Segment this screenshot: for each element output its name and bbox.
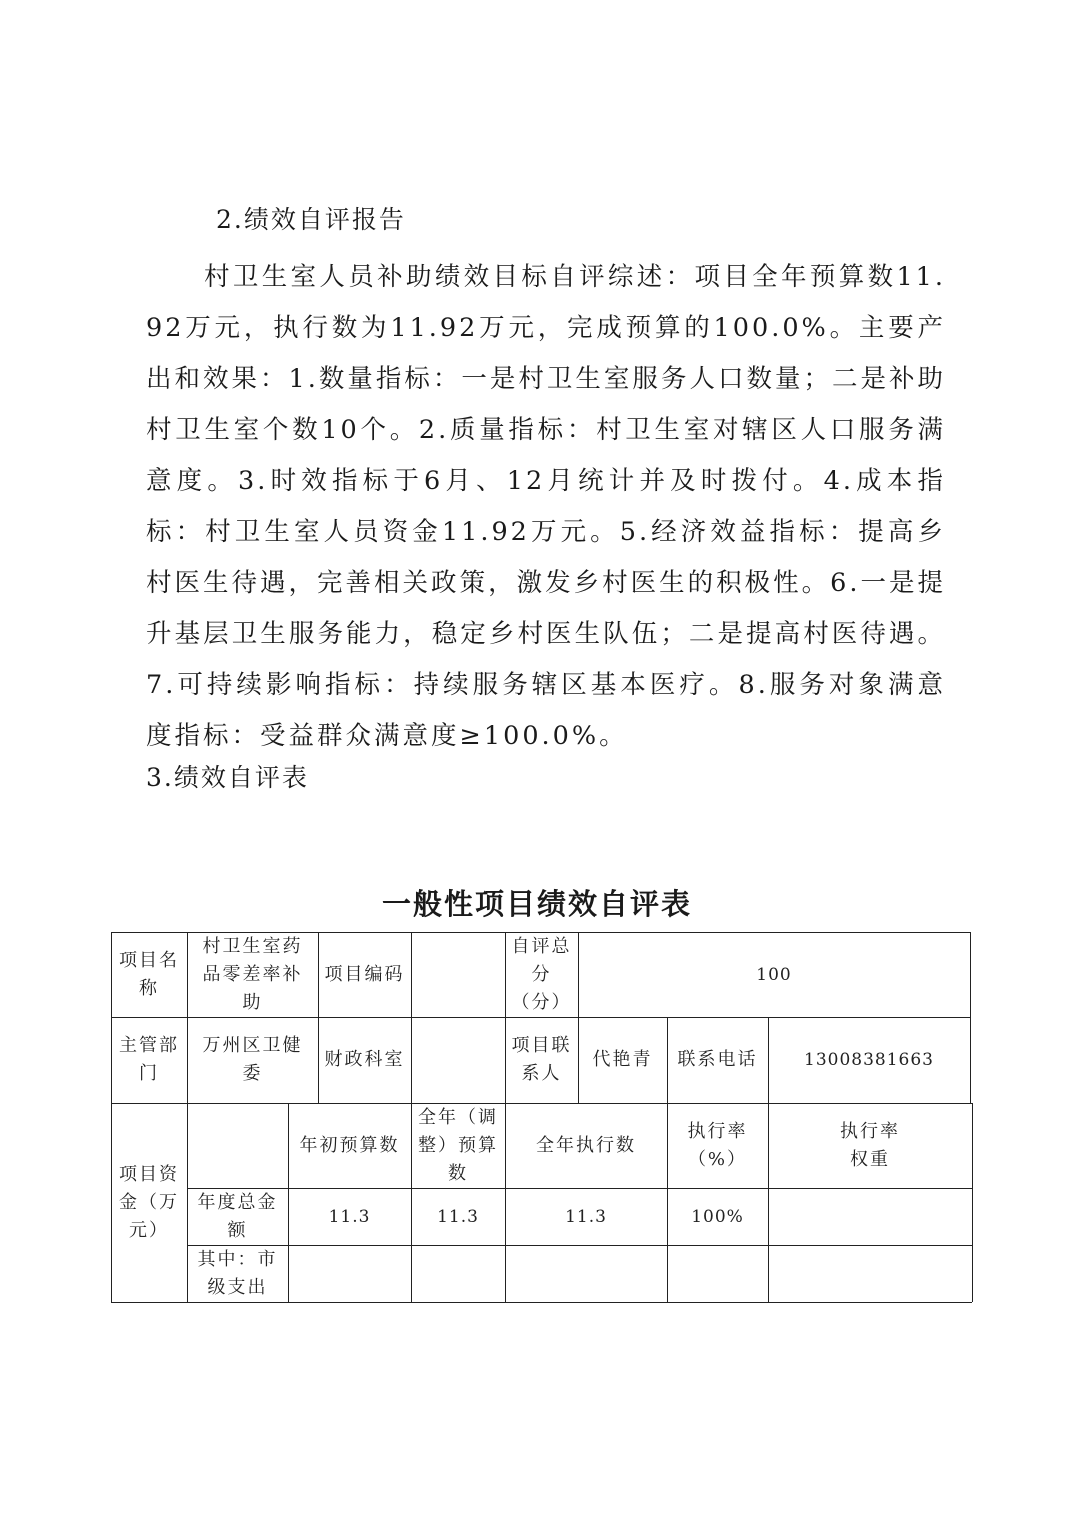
finance-office-label: 财政科室 bbox=[318, 1017, 411, 1103]
funds-row-total-executed: 11.3 bbox=[505, 1188, 667, 1245]
section-heading-table: 3.绩效自评表 bbox=[146, 763, 309, 793]
project-code-label: 项目编码 bbox=[318, 932, 411, 1017]
funds-row-municipal-adjusted bbox=[411, 1245, 505, 1302]
finance-office-value bbox=[411, 1017, 505, 1103]
score-label: 自评总分（分） bbox=[505, 932, 578, 1017]
funds-row-municipal-rate bbox=[667, 1245, 768, 1302]
funds-row-municipal-executed bbox=[505, 1245, 667, 1302]
phone-label: 联系电话 bbox=[667, 1017, 768, 1103]
project-code-value bbox=[411, 932, 505, 1017]
funds-row-total-name: 年度总金额 bbox=[187, 1188, 288, 1245]
contact-value: 代艳青 bbox=[578, 1017, 667, 1103]
funds-row-total-rate: 100% bbox=[667, 1188, 768, 1245]
funds-header-executed: 全年执行数 bbox=[505, 1103, 667, 1188]
funds-header-adjusted: 全年（调整）预算数 bbox=[411, 1103, 505, 1188]
section-heading-report: 2.绩效自评报告 bbox=[216, 205, 406, 235]
project-name-value: 村卫生室药品零差率补助 bbox=[187, 932, 318, 1017]
funds-row-municipal-weight bbox=[768, 1245, 972, 1302]
funds-row-total-initial: 11.3 bbox=[288, 1188, 411, 1245]
funds-header-initial: 年初预算数 bbox=[288, 1103, 411, 1188]
funds-header-weight: 执行率权重 bbox=[768, 1103, 972, 1188]
dept-label: 主管部门 bbox=[111, 1017, 187, 1103]
funds-header-blank bbox=[187, 1103, 288, 1188]
funds-label: 项目资金（万元） bbox=[111, 1103, 187, 1302]
dept-value: 万州区卫健委 bbox=[187, 1017, 318, 1103]
funds-row-total-adjusted: 11.3 bbox=[411, 1188, 505, 1245]
funds-row-total-weight bbox=[768, 1188, 972, 1245]
phone-value: 13008381663 bbox=[768, 1017, 970, 1103]
contact-label: 项目联系人 bbox=[505, 1017, 578, 1103]
funds-row-municipal-name: 其中：市级支出 bbox=[187, 1245, 288, 1302]
project-name-label: 项目名称 bbox=[111, 932, 187, 1017]
score-value: 100 bbox=[578, 932, 970, 1017]
table-title: 一般性项目绩效自评表 bbox=[0, 882, 1074, 923]
document-page: 2.绩效自评报告 村卫生室人员补助绩效目标自评综述：项目全年预算数11.92万元… bbox=[0, 0, 1074, 1520]
funds-row-municipal-initial bbox=[288, 1245, 411, 1302]
funds-header-rate: 执行率（%） bbox=[667, 1103, 768, 1188]
summary-paragraph: 村卫生室人员补助绩效目标自评综述：项目全年预算数11.92万元，执行数为11.9… bbox=[146, 252, 946, 762]
